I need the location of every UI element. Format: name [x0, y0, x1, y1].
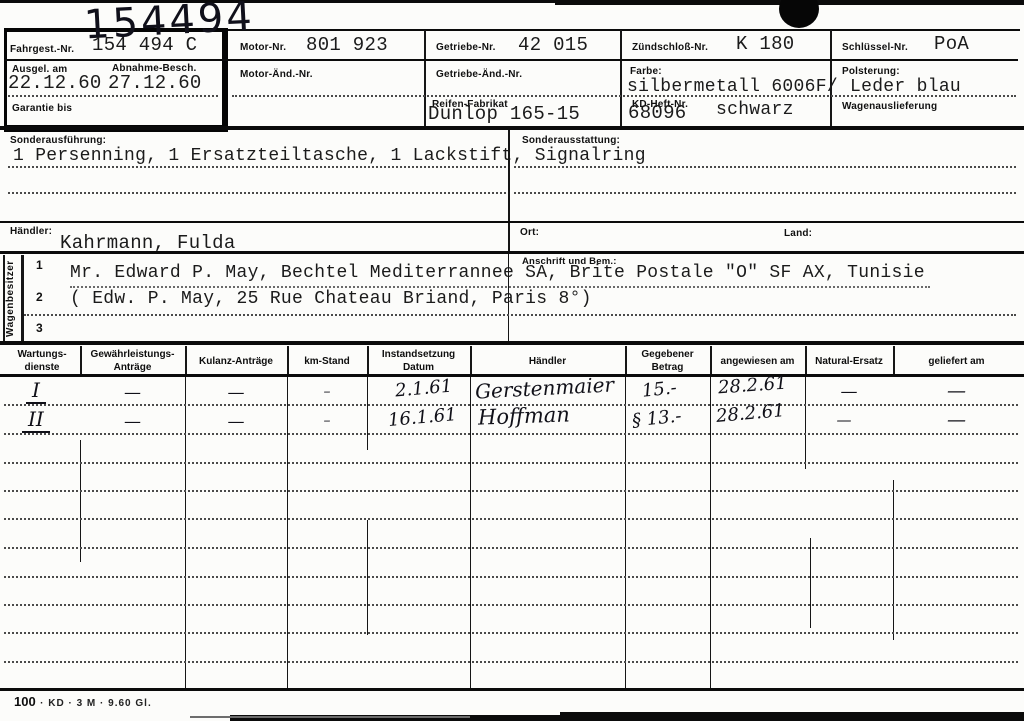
svc-b-vline-7 [710, 377, 711, 688]
land-label: Land: [784, 228, 812, 239]
svc-row2-roman: II [22, 407, 50, 433]
sonder-dotted-2r [514, 192, 1016, 194]
svc-row2-gewaehr: — [80, 412, 185, 432]
form-footer-code: 100 [14, 694, 36, 709]
svc-row2-km: – [287, 413, 367, 429]
zuendschloss-value: K 180 [736, 33, 795, 55]
besitzer-row3-num: 3 [36, 321, 43, 335]
svc-header-geliefert: geliefert am [893, 346, 1020, 376]
svc-b-vline-9 [893, 480, 894, 640]
besitzer-bottom-border [0, 341, 1024, 345]
svc-row2-geliefert: — [893, 409, 1020, 431]
svc-b-vline-8b [810, 538, 811, 628]
svc-h-vline-2 [185, 346, 187, 374]
svc-empty-rule-6 [4, 604, 1018, 606]
svc-header-instandsetzung: Instandsetzung Datum [367, 346, 470, 376]
besitzer-row1-num: 1 [36, 258, 43, 272]
svc-empty-rule-8 [4, 661, 1018, 663]
besitzer-dotted-rule [24, 314, 1016, 316]
svc-row1-datum: 2.1.61 [394, 376, 453, 402]
sonder-bottom-border [0, 221, 1024, 223]
svc-row2-datum: 16.1.61 [387, 404, 457, 431]
svc-row2-angewiesen: 28.2.61 [715, 400, 785, 427]
form-footer: 100 · KD · 3 M · 9.60 Gl. [14, 693, 152, 711]
fahrgest-label: Fahrgest.-Nr. [10, 44, 74, 55]
polsterung-label: Polsterung: [842, 66, 900, 77]
header-divider-1 [424, 30, 426, 126]
besitzer-row2-text: ( Edw. P. May, 25 Rue Chateau Briand, Pa… [70, 289, 592, 309]
schluessel-label: Schlüssel-Nr. [842, 42, 908, 53]
svc-header-wartungsdienste: Wartungs- dienste [4, 346, 80, 376]
svc-row1-haendler: Gerstenmaier [474, 372, 614, 403]
wagenbesitzer-vertical-label: Wagenbesitzer [5, 256, 16, 341]
svc-empty-rule-7 [4, 632, 1018, 634]
svc-header-natural-ersatz: Natural-Ersatz [805, 346, 893, 376]
besitzer-row1-underline [70, 286, 930, 288]
abnahme-value: 27.12.60 [108, 72, 202, 94]
svc-empty-rule-2 [4, 490, 1018, 492]
getriebe-label: Getriebe-Nr. [436, 42, 496, 53]
svc-h-vline-6 [625, 346, 627, 374]
svc-h-vline-8 [805, 346, 807, 374]
getriebe-aend-label: Getriebe-Änd.-Nr. [436, 69, 522, 80]
schluessel-value: PoA [934, 33, 969, 55]
svc-header-kulanz: Kulanz-Anträge [185, 346, 287, 376]
vehicle-record-card: Fahrgest.-Nr. 154494 154 494 C Ausgel. a… [0, 0, 1024, 721]
svc-b-vline-1 [80, 440, 81, 562]
motor-value: 801 923 [306, 34, 388, 56]
header-divider-2 [620, 30, 622, 126]
svc-row1-angewiesen: 28.2.61 [717, 373, 787, 399]
besitzer-row1-text: Mr. Edward P. May, Bechtel Mediterrannee… [70, 263, 925, 283]
svc-row1-gewaehr: — [80, 383, 185, 403]
svc-row2-rule [4, 433, 1018, 435]
svc-header-betrag: Gegebener Betrag [625, 346, 710, 376]
svc-h-vline-9 [893, 346, 895, 374]
kd-heft-value2: schwarz [716, 100, 794, 120]
farbe-label: Farbe: [630, 66, 662, 77]
svc-row2-kulanz: — [185, 412, 287, 432]
svc-row2-natural: — [800, 411, 888, 429]
svc-row1-betrag: 15.- [641, 377, 678, 402]
svc-row1-geliefert: — [893, 380, 1020, 402]
svc-b-vline-4a [367, 377, 368, 450]
svc-empty-rule-1 [4, 462, 1018, 464]
sonderausfuehrung-value: 1 Persenning, 1 Ersatzteiltasche, 1 Lack… [13, 146, 646, 166]
zuendschloss-label: Zündschloß-Nr. [632, 42, 708, 53]
svc-row1-roman: I [26, 378, 46, 404]
reifen-value: Dunlop 165-15 [428, 103, 580, 125]
svc-h-vline-1 [80, 346, 82, 374]
sonder-divider [508, 130, 510, 221]
header-row1-rule [4, 59, 1018, 61]
haendler-divider [508, 223, 510, 251]
sonder-dotted-2l [8, 192, 506, 194]
ort-label: Ort: [520, 227, 539, 238]
svc-row1-natural: — [805, 382, 893, 402]
header-dotted-rule-left [8, 95, 218, 97]
haendler-bottom-border [0, 251, 1024, 254]
svc-h-vline-7 [710, 346, 712, 374]
getriebe-value: 42 015 [518, 34, 588, 56]
header-bottom-border [0, 126, 1024, 130]
svc-row1-kulanz: — [185, 383, 287, 403]
svc-b-vline-5 [470, 377, 471, 688]
svc-header-km-stand: km-Stand [287, 346, 367, 376]
garantie-label: Garantie bis [12, 103, 72, 114]
kd-heft-value: 68096 [628, 102, 687, 124]
fahrgest-value: 154 494 C [92, 34, 197, 56]
svc-row1-dienst: I [26, 378, 46, 402]
svc-h-vline-3 [287, 346, 289, 374]
polsterung-value: Leder blau [850, 77, 961, 97]
svc-row2-betrag: § 13.- [631, 405, 682, 431]
wagenauslieferung-label: Wagenauslieferung [842, 101, 937, 112]
form-footer-rest: · KD · 3 M · 9.60 Gl. [40, 698, 152, 709]
sonderausstattung-label: Sonderausstattung: [522, 135, 620, 146]
haendler-label: Händler: [10, 226, 52, 237]
motor-aend-label: Motor-Änd.-Nr. [240, 69, 313, 80]
sonder-dotted-1l [8, 166, 506, 168]
farbe-value: silbermetall 6006F/ [627, 77, 838, 97]
punch-hole [779, 0, 819, 28]
svc-header-haendler: Händler [470, 346, 625, 376]
svc-header-gewaehrleistung: Gewährleistungs- Anträge [80, 346, 185, 376]
besitzer-strip-divider [21, 255, 24, 342]
svc-row2-dienst: II [22, 407, 50, 431]
svc-h-vline-4 [367, 346, 369, 374]
svc-empty-rule-5 [4, 576, 1018, 578]
motor-label: Motor-Nr. [240, 42, 286, 53]
svc-b-vline-6 [625, 377, 626, 688]
ausgel-value: 22.12.60 [8, 72, 102, 94]
sonderausfuehrung-label: Sonderausführung: [10, 135, 106, 146]
besitzer-row2-num: 2 [36, 290, 43, 304]
svc-empty-rule-3 [4, 518, 1018, 520]
svc-h-vline-5 [470, 346, 472, 374]
scan-bottom-shadow [190, 716, 470, 718]
svc-bottom-border [0, 688, 1024, 691]
sonder-dotted-1r [514, 166, 1016, 168]
svc-header-bottom-border [0, 374, 1024, 377]
svc-row2-haendler: Hoffman [478, 402, 571, 429]
svc-row1-km: – [287, 384, 367, 400]
svc-header-angewiesen: angewiesen am [710, 346, 805, 376]
svc-empty-rule-4 [4, 547, 1018, 549]
